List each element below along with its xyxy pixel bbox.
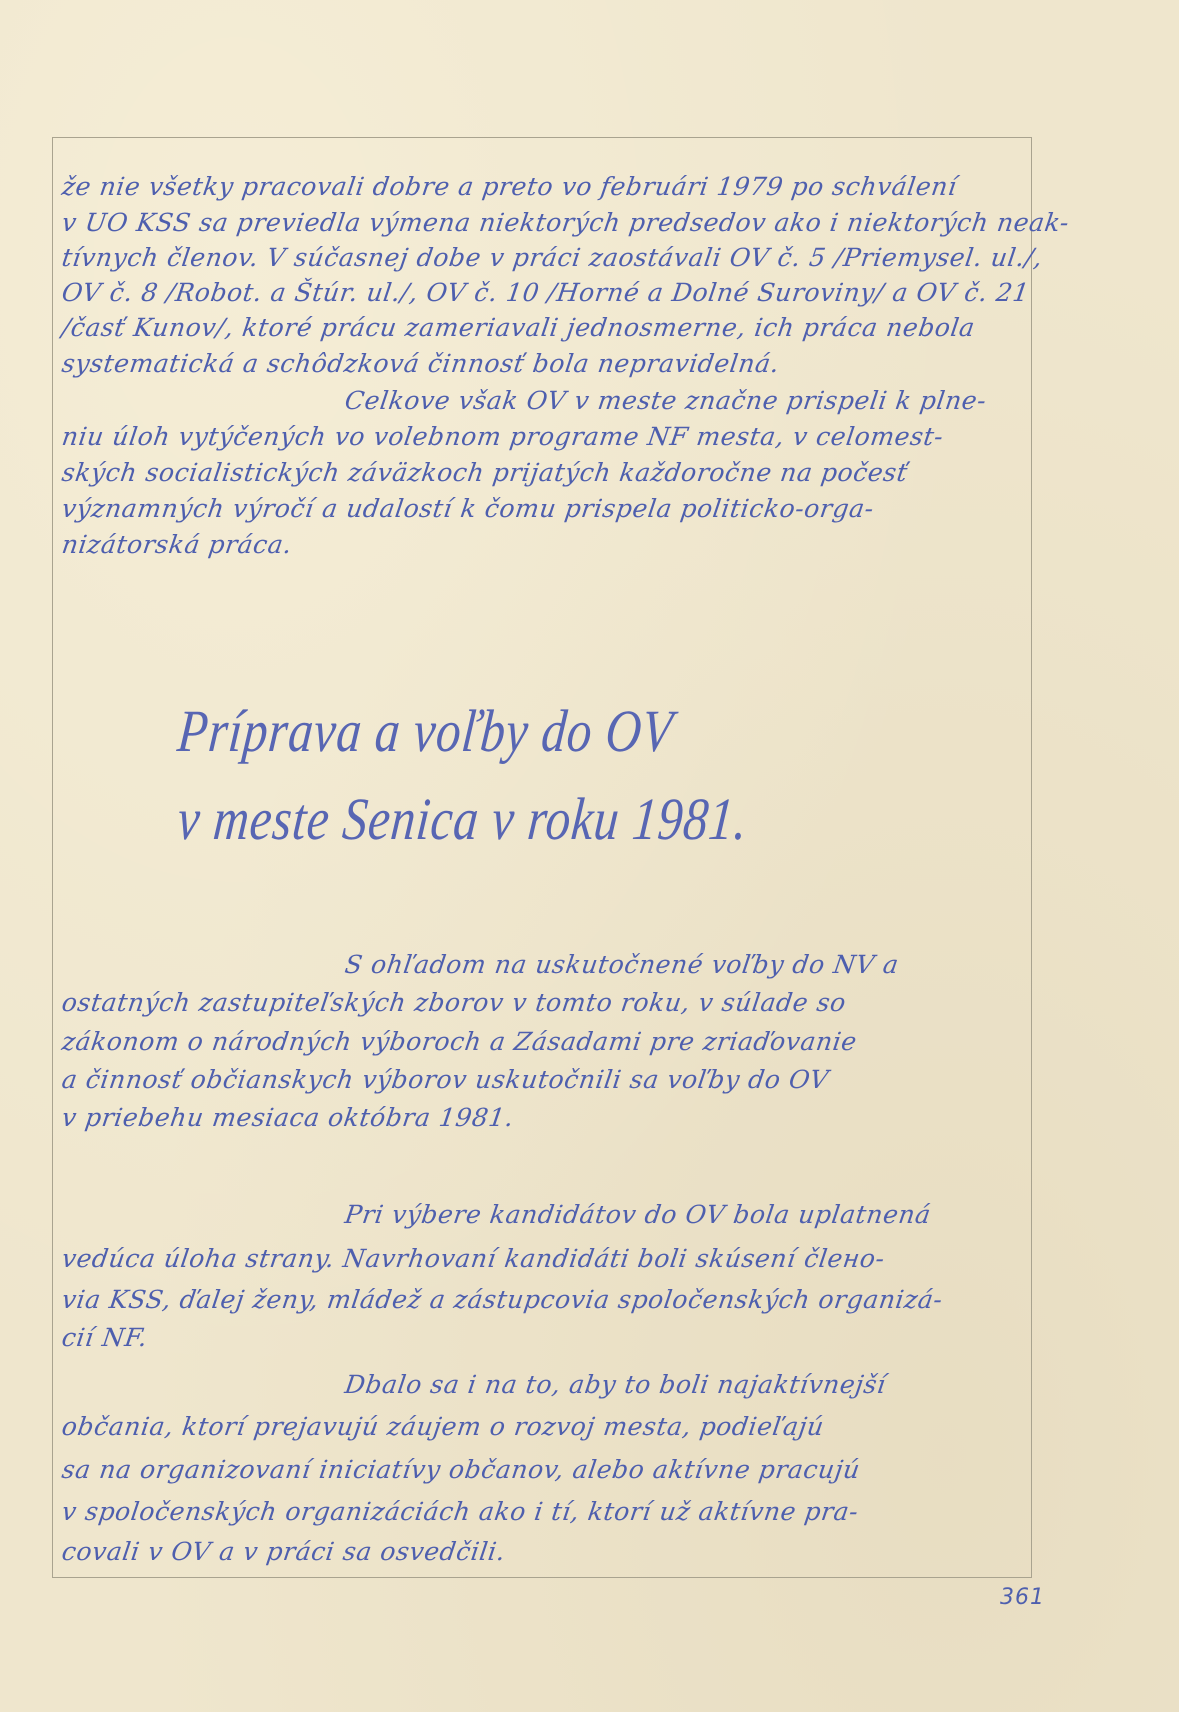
text-line: v spoločenských organizáciách ako i tí, …	[60, 1497, 861, 1527]
text-line: sa na organizovaní iniciatívy občanov, a…	[60, 1455, 862, 1485]
text-line: ských socialistických záväzkoch prijatýc…	[60, 458, 910, 488]
text-line: v UO KSS sa previedla výmena niektorých …	[60, 208, 1071, 238]
text-line: nizátorská práca.	[60, 530, 294, 560]
section-title-line-1: Príprava a voľby do OV	[175, 698, 676, 764]
text-line: v priebehu mesiaca októbra 1981.	[60, 1103, 516, 1133]
text-line: a činnosť občianskych výborov uskutočnil…	[60, 1065, 831, 1095]
text-line: občania, ktorí prejavujú záujem o rozvoj…	[60, 1412, 826, 1442]
text-line: /časť Kunov/, ktoré prácu zameriavali je…	[60, 313, 977, 343]
text-line: vedúca úloha strany. Navrhovaní kandidát…	[60, 1244, 887, 1274]
text-line: systematická a schôdzková činnosť bola n…	[60, 349, 781, 379]
text-line: tívnych členov. V súčasnej dobe v práci …	[60, 243, 1045, 273]
text-line: zákonom o národných výboroch a Zásadami …	[60, 1027, 859, 1057]
text-line: Dbalo sa i na to, aby to boli najaktívne…	[343, 1370, 888, 1400]
text-line: významných výročí a udalostí k čomu pris…	[60, 494, 876, 524]
text-line: niu úloh vytýčených vo volebnom programe…	[60, 422, 946, 452]
text-line: covali v OV a v práci sa osvedčili.	[60, 1537, 508, 1567]
text-line: S ohľadom na uskutočnené voľby do NV a	[343, 950, 901, 980]
text-line: Pri výbere kandidátov do OV bola uplatne…	[343, 1200, 933, 1230]
text-line: ostatných zastupiteľských zborov v tomto…	[60, 988, 848, 1018]
text-line: že nie všetky pracovali dobre a preto vo…	[60, 172, 959, 202]
text-line: OV č. 8 /Robot. a Štúr. ul./, OV č. 10 /…	[60, 278, 1031, 308]
text-line: Celkove však OV v meste značne prispeli …	[343, 386, 989, 416]
text-line: via KSS, ďalej ženy, mládež a zástupcovi…	[60, 1285, 945, 1315]
section-title-line-2: v meste Senica v roku 1981.	[175, 786, 750, 852]
text-line: cií NF.	[60, 1323, 150, 1353]
page-number: 361	[1000, 1585, 1045, 1610]
